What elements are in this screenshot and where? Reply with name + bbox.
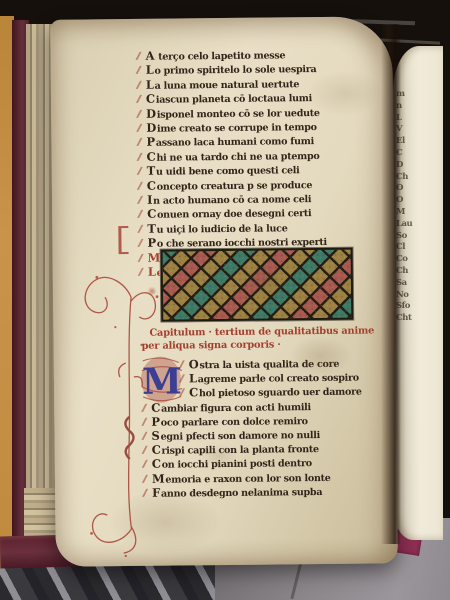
rubric-line: per aliqua signa corporis · bbox=[142, 337, 392, 353]
book-gutter-shadow bbox=[381, 24, 401, 544]
chapter-rubric: Capitulum · tertium de qualitatibus anim… bbox=[141, 324, 391, 353]
marginal-penwork-flourish bbox=[67, 267, 166, 562]
verse-block-top: A terço celo lapetito messe Lo primo spi… bbox=[145, 48, 342, 281]
verse-line: Fanno desdegno nelanima supba bbox=[152, 484, 363, 500]
rubric-line: Capitulum · tertium de qualitatibus anim… bbox=[141, 324, 391, 340]
red-bracket-mark bbox=[118, 226, 128, 254]
manuscript-page: A terço celo lapetito messe Lo primo spi… bbox=[50, 16, 398, 567]
penwork-art bbox=[67, 267, 166, 558]
decorative-lozenge-panel bbox=[160, 247, 355, 327]
lozenge-panel-art bbox=[160, 247, 355, 323]
manuscript-photograph: m n L V El C D Ch O O M Lau So Cl Co Ch … bbox=[0, 0, 450, 600]
verse-block-bottom: Ostra la uista qualita de core Lagreme p… bbox=[151, 357, 363, 501]
